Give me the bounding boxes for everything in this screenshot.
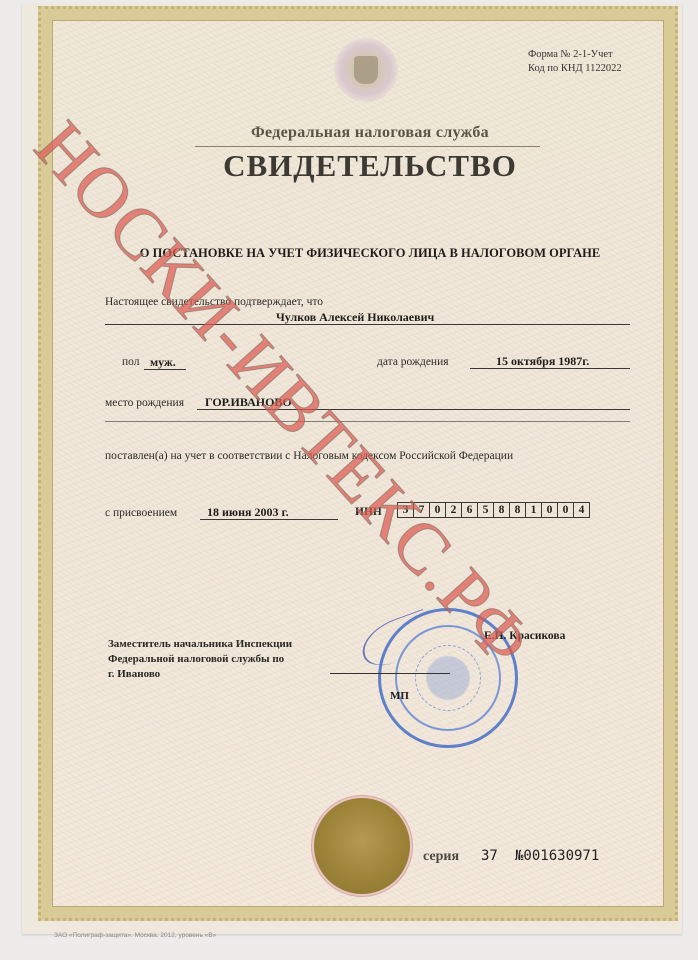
inn-digit: 5: [478, 503, 494, 517]
document-title: СВИДЕТЕЛЬСТВО: [190, 148, 550, 184]
full-name: Чулков Алексей Николаевич: [276, 310, 434, 325]
dob-value: 15 октября 1987г.: [496, 354, 589, 369]
stamp-inner-ring: [415, 645, 481, 711]
registered-text: поставлен(а) на учет в соответствии с На…: [105, 450, 513, 462]
eagle-icon: [354, 56, 378, 84]
signer-name: Е.Н. Красикова: [484, 630, 565, 642]
assigned-date: 18 июня 2003 г.: [207, 505, 289, 520]
inn-digit: 8: [494, 503, 510, 517]
inn-digit: 0: [542, 503, 558, 517]
inn-digit: 1: [526, 503, 542, 517]
printer-note: ЗАО «Полиграф-защита». Москва. 2012, уро…: [54, 932, 216, 939]
certificate-border: [38, 6, 678, 921]
signature-line: [330, 673, 450, 674]
assigned-underline: [200, 519, 338, 520]
divider: [195, 146, 540, 147]
inn-digit: 6: [462, 503, 478, 517]
official-line: г. Иваново: [108, 667, 338, 682]
inn-number: 370265881004: [397, 502, 590, 518]
document-number: №001630971: [515, 848, 599, 864]
sex-label: пол: [122, 356, 140, 368]
series-label: серия: [423, 849, 459, 865]
sex-underline: [144, 369, 186, 370]
pob-value: ГОР.ИВАНОВО: [205, 395, 292, 410]
inn-digit: 2: [446, 503, 462, 517]
gold-seal-icon: [314, 798, 410, 894]
inn-digit: 7: [414, 503, 430, 517]
dob-label: дата рождения: [377, 356, 449, 368]
official-line: Федеральной налоговой службы по: [108, 652, 338, 667]
pob-underline: [197, 409, 630, 410]
form-number: Форма № 2-1-Учет: [528, 48, 622, 62]
inn-digit: 0: [558, 503, 574, 517]
sex-value: муж.: [150, 355, 176, 370]
series-value: 37: [481, 848, 498, 864]
name-underline: [105, 324, 630, 325]
pob-underline-2: [105, 421, 630, 422]
stamp-place-label: МП: [390, 690, 409, 702]
confirms-label: Настоящее свидетельство подтверждает, чт…: [105, 296, 323, 308]
assigned-label: с присвоением: [105, 507, 177, 519]
pob-label: место рождения: [105, 397, 184, 409]
official-line: Заместитель начальника Инспекции: [108, 637, 338, 652]
state-emblem-hologram-icon: [334, 38, 398, 102]
document-subtitle: О ПОСТАНОВКЕ НА УЧЕТ ФИЗИЧЕСКОГО ЛИЦА В …: [105, 246, 635, 261]
inn-label: ИНН: [355, 506, 382, 518]
inn-digit: 0: [430, 503, 446, 517]
inn-digit: 3: [398, 503, 414, 517]
inn-digit: 8: [510, 503, 526, 517]
dob-underline: [470, 368, 630, 369]
official-title: Заместитель начальника Инспекции Федерал…: [108, 637, 338, 682]
inn-digit: 4: [574, 503, 589, 517]
form-code: Форма № 2-1-Учет Код по КНД 1122022: [528, 48, 622, 76]
knd-code: Код по КНД 1122022: [528, 62, 622, 76]
agency-name: Федеральная налоговая служба: [210, 124, 530, 142]
